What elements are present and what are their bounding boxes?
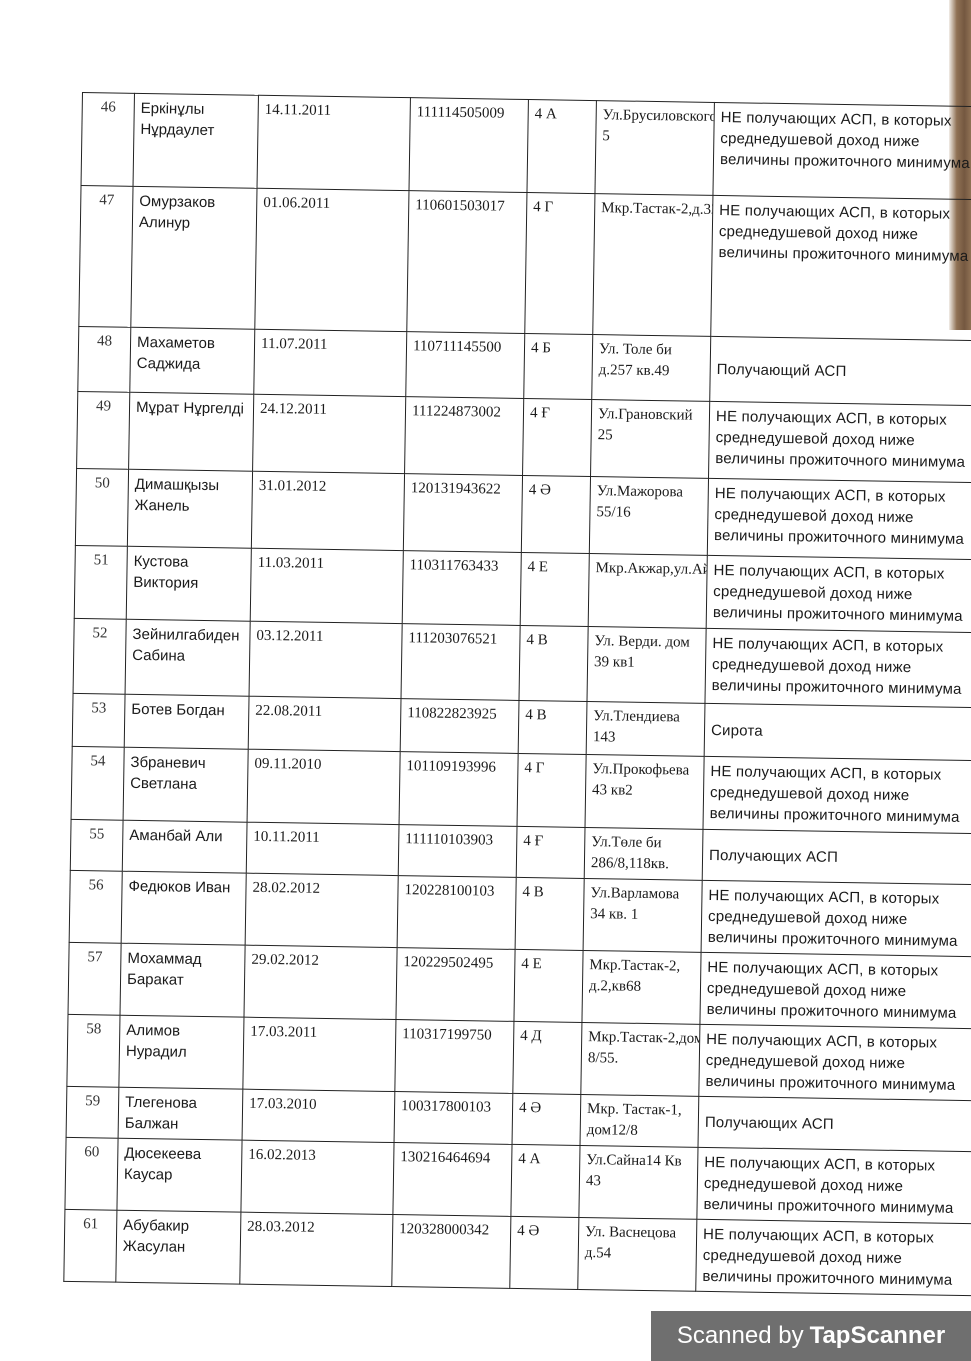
cell-address: Мкр. Тастак-1, дом12/8 bbox=[580, 1094, 699, 1147]
cell-address: Ул. Васнецова д.54 bbox=[578, 1217, 697, 1291]
cell-birth-date: 01.06.2011 bbox=[255, 188, 409, 331]
cell-class-grade: 4 А bbox=[527, 100, 596, 194]
cell-student-name: Дюсекеева Каусар bbox=[117, 1138, 242, 1212]
cell-row-number: 58 bbox=[67, 1014, 120, 1087]
cell-birth-date: 28.02.2012 bbox=[245, 873, 398, 947]
cell-social-status: НЕ получающих АСП, в которыхсреднедушево… bbox=[707, 478, 971, 559]
cell-iin: 100317800103 bbox=[394, 1092, 513, 1145]
cell-student-name: Еркінұлы Нұрдаулет bbox=[133, 93, 258, 188]
cell-class-grade: 4 Б bbox=[524, 333, 593, 399]
cell-row-number: 61 bbox=[64, 1209, 117, 1282]
cell-row-number: 51 bbox=[74, 545, 127, 619]
cell-address: Мкр.Тастак-2,дом 8/55. bbox=[581, 1022, 700, 1096]
cell-address: Ул. Верди. дом 39 кв1 bbox=[587, 627, 706, 704]
cell-address: Ул.Мажорова 55/16 bbox=[589, 477, 708, 556]
cell-student-name: Димашқызы Жанель bbox=[127, 469, 252, 548]
cell-student-name: Федюков Иван bbox=[121, 871, 246, 945]
cell-social-status: НЕ получающих АСП, в которыхсреднедушево… bbox=[713, 102, 971, 199]
cell-birth-date: 29.02.2012 bbox=[244, 945, 397, 1019]
cell-student-name: Абубакир Жасулан bbox=[116, 1210, 241, 1284]
cell-class-grade: 4 Д bbox=[513, 1021, 582, 1094]
cell-address: Ул.Грановский 25 bbox=[591, 400, 710, 479]
table-row: 50Димашқызы Жанель31.01.2012120131943622… bbox=[75, 468, 971, 559]
cell-row-number: 53 bbox=[72, 693, 125, 747]
cell-class-grade: 4 Ғ bbox=[516, 826, 585, 878]
cell-address: Ул. Толе би д.257 кв.49 bbox=[592, 335, 711, 402]
cell-row-number: 50 bbox=[75, 468, 128, 546]
watermark-prefix: Scanned by bbox=[677, 1322, 804, 1350]
students-table: 46Еркінұлы Нұрдаулет14.11.20111111145050… bbox=[63, 92, 971, 1296]
cell-student-name: Аманбай Али bbox=[122, 820, 247, 873]
cell-row-number: 60 bbox=[65, 1137, 118, 1210]
cell-birth-date: 28.03.2012 bbox=[240, 1212, 393, 1286]
cell-row-number: 56 bbox=[69, 870, 122, 943]
cell-address: Мкр.Тастак-2,д.32.кв80 bbox=[593, 194, 713, 337]
cell-row-number: 55 bbox=[70, 819, 123, 871]
cell-row-number: 46 bbox=[81, 93, 134, 187]
cell-social-status: НЕ получающих АСП, в которыхсреднедушево… bbox=[703, 756, 971, 833]
cell-social-status: НЕ получающих АСП, в которыхсреднедушево… bbox=[700, 952, 971, 1028]
cell-social-status: Получающих АСП bbox=[698, 1096, 971, 1151]
cell-iin: 111203076521 bbox=[401, 624, 520, 701]
cell-class-grade: 4 Г bbox=[525, 193, 595, 335]
cell-iin: 130216464694 bbox=[393, 1143, 512, 1217]
cell-social-status: НЕ получающих АСП, в которыхсреднедушево… bbox=[711, 195, 971, 340]
cell-address: Ул.Брусиловского 5 bbox=[595, 101, 714, 196]
table-row: 46Еркінұлы Нұрдаулет14.11.20111111145050… bbox=[81, 93, 971, 200]
cell-row-number: 54 bbox=[71, 746, 124, 820]
cell-birth-date: 17.03.2011 bbox=[243, 1017, 396, 1091]
cell-iin: 110311763433 bbox=[402, 551, 521, 626]
cell-class-grade: 4 В bbox=[518, 700, 587, 754]
cell-iin: 110822823925 bbox=[400, 699, 519, 754]
watermark-brand: TapScanner bbox=[810, 1322, 946, 1350]
cell-class-grade: 4 А bbox=[511, 1144, 580, 1217]
cell-birth-date: 03.12.2011 bbox=[249, 621, 402, 698]
cell-social-status: НЕ получающих АСП, в которыхсреднедушево… bbox=[709, 401, 971, 482]
cell-iin: 120328000342 bbox=[392, 1215, 511, 1289]
table-body: 46Еркінұлы Нұрдаулет14.11.20111111145050… bbox=[64, 93, 971, 1296]
cell-student-name: Збраневич Светлана bbox=[123, 747, 248, 822]
cell-class-grade: 4 В bbox=[515, 877, 584, 950]
cell-birth-date: 11.03.2011 bbox=[250, 548, 403, 623]
cell-iin: 111224873002 bbox=[405, 397, 524, 476]
table-row: 47Омурзаков Алинур01.06.2011110601503017… bbox=[79, 185, 971, 340]
cell-birth-date: 14.11.2011 bbox=[257, 95, 410, 190]
cell-birth-date: 22.08.2011 bbox=[248, 696, 401, 751]
cell-social-status: НЕ получающих АСП, в которыхсреднедушево… bbox=[697, 1147, 971, 1223]
cell-social-status: НЕ получающих АСП, в которыхсреднедушево… bbox=[705, 628, 971, 707]
cell-social-status: Сирота bbox=[704, 703, 971, 760]
cell-birth-date: 16.02.2013 bbox=[241, 1140, 394, 1214]
cell-iin: 120131943622 bbox=[403, 474, 522, 553]
cell-row-number: 47 bbox=[79, 185, 133, 327]
cell-iin: 111110103903 bbox=[398, 825, 517, 878]
cell-row-number: 48 bbox=[78, 326, 131, 392]
cell-iin: 120229502495 bbox=[396, 948, 515, 1022]
cell-iin: 110601503017 bbox=[407, 191, 527, 334]
cell-social-status: Получающий АСП bbox=[710, 336, 971, 405]
cell-birth-date: 31.01.2012 bbox=[251, 471, 404, 550]
cell-address: Ул.Тлендиева 143 bbox=[586, 702, 705, 757]
cell-class-grade: 4 В bbox=[519, 625, 588, 701]
cell-class-grade: 4 Ә bbox=[512, 1093, 581, 1145]
cell-row-number: 52 bbox=[73, 618, 126, 694]
cell-student-name: Омурзаков Алинур bbox=[131, 186, 257, 329]
cell-class-grade: 4 Ә bbox=[510, 1216, 579, 1289]
cell-iin: 110317199750 bbox=[395, 1020, 514, 1094]
cell-class-grade: 4 Ғ bbox=[523, 398, 592, 476]
cell-address: Ул.Төле би 286/8,118кв. bbox=[584, 827, 703, 880]
cell-class-grade: 4 Ә bbox=[521, 475, 590, 553]
cell-student-name: Махаметов Саджида bbox=[130, 327, 255, 394]
cell-student-name: Мұрат Нұргелді bbox=[129, 392, 254, 471]
cell-student-name: Зейнилгабиден Сабина bbox=[125, 619, 250, 696]
cell-birth-date: 17.03.2010 bbox=[242, 1089, 395, 1142]
cell-row-number: 59 bbox=[66, 1086, 119, 1138]
cell-iin: 120228100103 bbox=[397, 876, 516, 950]
cell-social-status: Получающих АСП bbox=[702, 829, 971, 884]
cell-iin: 111114505009 bbox=[409, 98, 528, 193]
cell-student-name: Ботев Богдан bbox=[124, 694, 249, 749]
cell-student-name: Кустова Виктория bbox=[126, 546, 251, 621]
cell-birth-date: 09.11.2010 bbox=[247, 749, 400, 824]
cell-row-number: 57 bbox=[68, 942, 121, 1015]
cell-iin: 110711145500 bbox=[406, 332, 525, 399]
cell-birth-date: 11.07.2011 bbox=[254, 329, 407, 396]
table-row: 61Абубакир Жасулан28.03.2012120328000342… bbox=[64, 1209, 971, 1295]
cell-social-status: НЕ получающих АСП, в которыхсреднедушево… bbox=[706, 555, 971, 632]
cell-birth-date: 24.12.2011 bbox=[253, 394, 406, 473]
table-row: 52Зейнилгабиден Сабина03.12.201111120307… bbox=[73, 618, 971, 707]
cell-class-grade: 4 Г bbox=[517, 753, 586, 827]
cell-row-number: 49 bbox=[77, 391, 130, 469]
cell-address: Ул.Варламова 34 кв. 1 bbox=[583, 878, 702, 952]
tapscanner-watermark: Scanned by TapScanner bbox=[651, 1311, 971, 1361]
cell-address: Мкр.Акжар,ул.Айманова,25 bbox=[588, 554, 707, 629]
cell-address: Ул.Прокофьева 43 кв2 bbox=[585, 755, 704, 830]
cell-address: Мкр.Тастак-2, д.2,кв68 bbox=[582, 950, 701, 1024]
cell-class-grade: 4 Е bbox=[520, 552, 589, 626]
cell-social-status: НЕ получающих АСП, в которыхсреднедушево… bbox=[701, 880, 971, 956]
cell-student-name: Мохаммад Баракат bbox=[120, 943, 245, 1017]
table-row: 49Мұрат Нұргелді24.12.20111112248730024 … bbox=[77, 391, 971, 482]
cell-student-name: Тлегенова Балжан bbox=[118, 1087, 243, 1140]
cell-iin: 101109193996 bbox=[399, 752, 518, 827]
cell-birth-date: 10.11.2011 bbox=[246, 822, 399, 875]
cell-social-status: НЕ получающих АСП, в которыхсреднедушево… bbox=[696, 1219, 971, 1295]
cell-class-grade: 4 Е bbox=[514, 949, 583, 1022]
cell-student-name: Алимов Нурадил bbox=[119, 1015, 244, 1089]
cell-social-status: НЕ получающих АСП, в которыхсреднедушево… bbox=[699, 1024, 971, 1100]
cell-address: Ул.Сайна14 Кв 43 bbox=[579, 1145, 698, 1219]
